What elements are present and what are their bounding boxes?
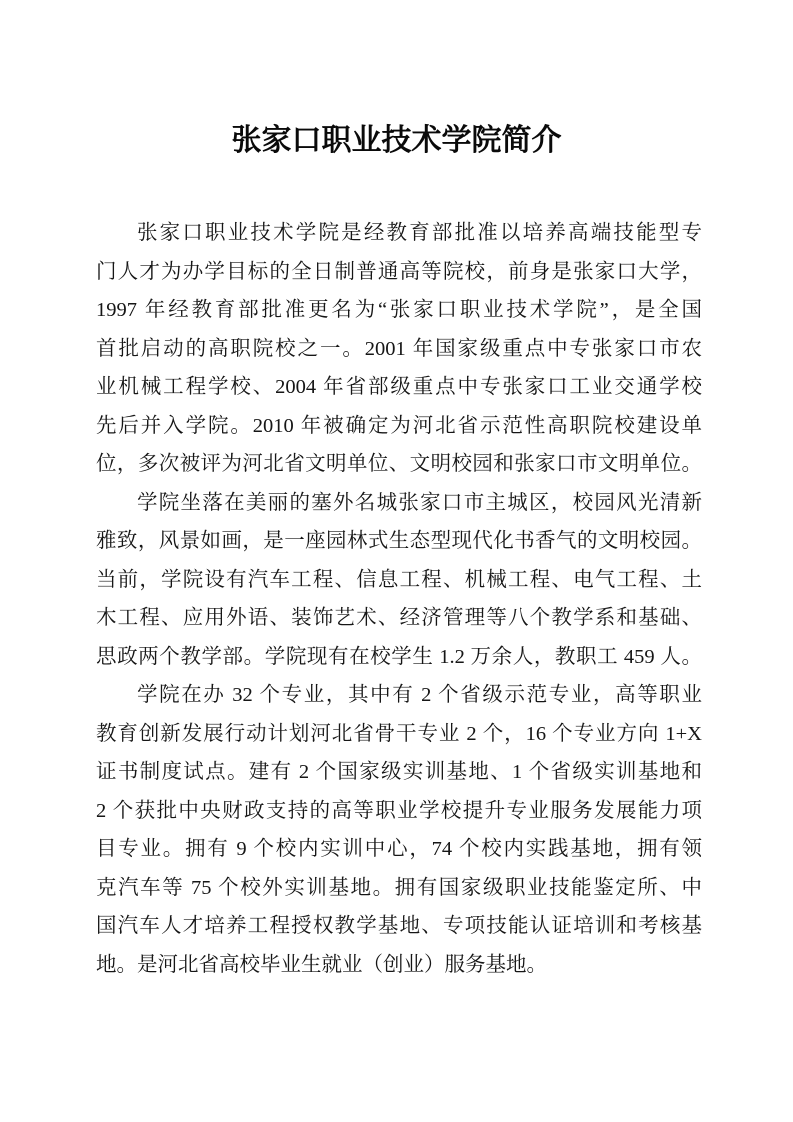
paragraph: 学院坐落在美丽的塞外名城张家口市主城区，校园风光清新雅致，风景如画，是一座园林式… bbox=[96, 484, 702, 677]
text-line: 学院在办 32 个专业，其中有 2 个省级示范专业，高等职业 bbox=[96, 676, 702, 715]
text-line: 学院坐落在美丽的塞外名城张家口市主城区，校园风光清新 bbox=[96, 484, 702, 523]
text-line: 克汽车等 75 个校外实训基地。拥有国家级职业技能鉴定所、中 bbox=[96, 869, 702, 908]
text-line: 国汽车人才培养工程授权教学基地、专项技能认证培训和考核基 bbox=[96, 907, 702, 946]
text-line: 木工程、应用外语、装饰艺术、经济管理等八个教学系和基础、 bbox=[96, 599, 702, 638]
text-line: 2 个获批中央财政支持的高等职业学校提升专业服务发展能力项 bbox=[96, 792, 702, 831]
text-line: 首批启动的高职院校之一。2001 年国家级重点中专张家口市农 bbox=[96, 330, 702, 369]
text-line: 1997 年经教育部批准更名为“张家口职业技术学院”，是全国 bbox=[96, 291, 702, 330]
text-line: 证书制度试点。建有 2 个国家级实训基地、1 个省级实训基地和 bbox=[96, 753, 702, 792]
document-body: 张家口职业技术学院是经教育部批准以培养高端技能型专门人才为办学目标的全日制普通高… bbox=[96, 214, 702, 984]
text-line: 雅致，风景如画，是一座园林式生态型现代化书香气的文明校园。 bbox=[96, 522, 702, 561]
document-page: 张家口职业技术学院简介 张家口职业技术学院是经教育部批准以培养高端技能型专门人才… bbox=[0, 0, 793, 1122]
text-line: 门人才为办学目标的全日制普通高等院校，前身是张家口大学， bbox=[96, 253, 702, 292]
text-line: 位，多次被评为河北省文明单位、文明校园和张家口市文明单位。 bbox=[96, 445, 702, 484]
paragraph: 学院在办 32 个专业，其中有 2 个省级示范专业，高等职业教育创新发展行动计划… bbox=[96, 676, 702, 984]
text-line: 业机械工程学校、2004 年省部级重点中专张家口工业交通学校 bbox=[96, 368, 702, 407]
document-title: 张家口职业技术学院简介 bbox=[0, 119, 793, 163]
text-line: 当前，学院设有汽车工程、信息工程、机械工程、电气工程、土 bbox=[96, 561, 702, 600]
text-line: 教育创新发展行动计划河北省骨干专业 2 个，16 个专业方向 1+X bbox=[96, 715, 702, 754]
text-line: 地。是河北省高校毕业生就业（创业）服务基地。 bbox=[96, 946, 702, 985]
text-line: 目专业。拥有 9 个校内实训中心，74 个校内实践基地，拥有领 bbox=[96, 830, 702, 869]
text-line: 思政两个教学部。学院现有在校学生 1.2 万余人，教职工 459 人。 bbox=[96, 638, 702, 677]
text-line: 张家口职业技术学院是经教育部批准以培养高端技能型专 bbox=[96, 214, 702, 253]
text-line: 先后并入学院。2010 年被确定为河北省示范性高职院校建设单 bbox=[96, 407, 702, 446]
paragraph: 张家口职业技术学院是经教育部批准以培养高端技能型专门人才为办学目标的全日制普通高… bbox=[96, 214, 702, 484]
